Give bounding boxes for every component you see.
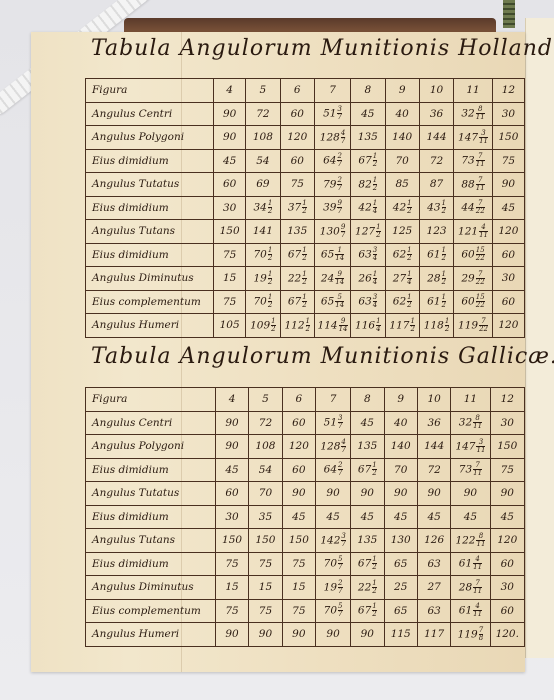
header-row: Figura456789101112 bbox=[86, 79, 525, 103]
fraction: 722 bbox=[476, 271, 485, 286]
cell-value: 90 bbox=[490, 482, 524, 506]
whole-part: 70 bbox=[324, 558, 337, 570]
fraction: 12 bbox=[372, 603, 376, 618]
cell-value: 90 bbox=[215, 623, 248, 647]
cell-value: 70 bbox=[385, 149, 419, 173]
cell-value: 7057 bbox=[316, 599, 351, 623]
column-header: 10 bbox=[419, 79, 453, 103]
cell-value: 14237 bbox=[316, 529, 351, 553]
adjacent-leaf bbox=[525, 18, 554, 658]
whole-part: 73 bbox=[459, 464, 472, 476]
whole-part: 19 bbox=[253, 272, 266, 284]
cell-value: 8212 bbox=[351, 173, 385, 197]
column-header: 5 bbox=[246, 79, 280, 103]
fraction: 711 bbox=[473, 580, 482, 595]
cell-value: 140 bbox=[384, 435, 417, 459]
cell-value: 6334 bbox=[351, 290, 385, 314]
cell-value: 120 bbox=[492, 314, 524, 338]
header-label: Figura bbox=[86, 388, 216, 412]
cell-value: 45 bbox=[492, 196, 524, 220]
column-header: 10 bbox=[417, 388, 450, 412]
cell-value: 150 bbox=[215, 529, 248, 553]
cell-value: 35 bbox=[249, 505, 282, 529]
column-header: 6 bbox=[282, 388, 315, 412]
cell-value: 61411 bbox=[451, 599, 490, 623]
cell-value: 12847 bbox=[316, 435, 351, 459]
whole-part: 73 bbox=[461, 155, 474, 167]
row-label: Angulus Diminutus bbox=[86, 267, 214, 291]
binding-thread bbox=[503, 0, 515, 28]
whole-part: 114 bbox=[318, 319, 338, 331]
cell-value: 30 bbox=[214, 196, 246, 220]
cell-value: 12712 bbox=[351, 220, 385, 244]
cell-value: 90 bbox=[215, 411, 248, 435]
cell-value: 45 bbox=[282, 505, 315, 529]
whole-part: 147 bbox=[458, 131, 478, 143]
cell-value: 90 bbox=[214, 102, 246, 126]
cell-value: 3712 bbox=[280, 196, 314, 220]
row-label: Eius dimidium bbox=[86, 196, 214, 220]
cell-value: 65 bbox=[384, 552, 417, 576]
row-label: Angulus Tutatus bbox=[86, 173, 214, 197]
cell-value: 3412 bbox=[246, 196, 280, 220]
column-header: 8 bbox=[351, 388, 384, 412]
column-header: 11 bbox=[451, 388, 490, 412]
whole-part: 64 bbox=[324, 464, 337, 476]
row-label: Eius dimidium bbox=[86, 505, 216, 529]
whole-part: 61 bbox=[427, 296, 440, 308]
cell-value: 90 bbox=[351, 482, 384, 506]
whole-part: 51 bbox=[323, 108, 336, 120]
column-header: 12 bbox=[490, 388, 524, 412]
cell-value: 75 bbox=[215, 599, 248, 623]
cell-value: 24914 bbox=[314, 267, 350, 291]
cell-value: 65 bbox=[384, 599, 417, 623]
cell-value: 7057 bbox=[316, 552, 351, 576]
cell-value: 4312 bbox=[419, 196, 453, 220]
table-row: Eius dimidium303412371239974214421243124… bbox=[86, 196, 525, 220]
cell-value: 4214 bbox=[351, 196, 385, 220]
fraction: 311 bbox=[476, 439, 485, 454]
row-label: Angulus Tutans bbox=[86, 529, 216, 553]
fraction: 12 bbox=[372, 556, 376, 571]
cell-value: 27 bbox=[417, 576, 450, 600]
fraction: 12 bbox=[376, 224, 380, 239]
cell-value: 147311 bbox=[451, 435, 490, 459]
whole-part: 70 bbox=[324, 605, 337, 617]
fraction: 78 bbox=[479, 627, 483, 642]
cell-value: 150 bbox=[490, 435, 524, 459]
table-row: Eius dimidium4554606427671270727371175 bbox=[86, 458, 525, 482]
row-label: Angulus Polygoni bbox=[86, 126, 214, 150]
whole-part: 67 bbox=[288, 249, 301, 261]
fraction: 722 bbox=[476, 200, 485, 215]
row-label: Angulus Tutans bbox=[86, 220, 214, 244]
cell-value: 60 bbox=[282, 458, 315, 482]
fraction: 97 bbox=[337, 200, 341, 215]
manuscript-page: Tabula Angulorum Munitionis Hollandiæ Fi… bbox=[31, 32, 525, 672]
whole-part: 42 bbox=[393, 202, 406, 214]
cell-value: 90 bbox=[282, 482, 315, 506]
cell-value: 65114 bbox=[314, 243, 350, 267]
cell-value: 130 bbox=[384, 529, 417, 553]
cell-value: 87 bbox=[419, 173, 453, 197]
row-label: Angulus Diminutus bbox=[86, 576, 216, 600]
fraction: 47 bbox=[341, 439, 345, 454]
whole-part: 42 bbox=[358, 202, 371, 214]
row-label: Angulus Polygoni bbox=[86, 435, 216, 459]
cell-value: 6712 bbox=[351, 552, 384, 576]
table-row: Angulus Diminutus15151519272212252728711… bbox=[86, 576, 525, 600]
cell-value: 6712 bbox=[351, 149, 385, 173]
cell-value: 69 bbox=[246, 173, 280, 197]
cell-value: 4212 bbox=[385, 196, 419, 220]
cell-value: 1927 bbox=[316, 576, 351, 600]
cell-value: 105 bbox=[214, 314, 246, 338]
row-label: Angulus Humeri bbox=[86, 623, 216, 647]
cell-value: 120 bbox=[282, 435, 315, 459]
cell-value: 40 bbox=[384, 411, 417, 435]
cell-value: 30 bbox=[490, 576, 524, 600]
whole-part: 22 bbox=[288, 272, 301, 284]
row-label: Eius complementum bbox=[86, 290, 214, 314]
cell-value: 88711 bbox=[454, 173, 493, 197]
whole-part: 64 bbox=[323, 155, 336, 167]
cell-value: 117 bbox=[417, 623, 450, 647]
cell-value: 45 bbox=[214, 149, 246, 173]
fraction: 711 bbox=[476, 177, 485, 192]
cell-value: 5137 bbox=[314, 102, 350, 126]
whole-part: 22 bbox=[358, 581, 371, 593]
whole-part: 118 bbox=[424, 319, 444, 331]
cell-value: 6712 bbox=[351, 599, 384, 623]
whole-part: 142 bbox=[320, 534, 340, 546]
cell-value: 120 bbox=[490, 529, 524, 553]
cell-value: 45 bbox=[351, 102, 385, 126]
cell-value: 73711 bbox=[454, 149, 493, 173]
whole-part: 32 bbox=[459, 417, 472, 429]
cell-value: 123 bbox=[419, 220, 453, 244]
cell-value: 29722 bbox=[454, 267, 493, 291]
table-row: Angulus Diminutus15191222122491426142714… bbox=[86, 267, 525, 291]
whole-part: 67 bbox=[358, 605, 371, 617]
cell-value: 75 bbox=[249, 599, 282, 623]
whole-part: 37 bbox=[288, 202, 301, 214]
cell-value: 135 bbox=[351, 435, 384, 459]
cell-value: 90 bbox=[282, 623, 315, 647]
column-header: 12 bbox=[492, 79, 524, 103]
cell-value: 7012 bbox=[246, 243, 280, 267]
whole-part: 39 bbox=[323, 202, 336, 214]
whole-part: 119 bbox=[458, 628, 478, 640]
table-row: Angulus Tutatus607090909090909090 bbox=[86, 482, 525, 506]
fraction: 411 bbox=[479, 224, 488, 239]
whole-part: 112 bbox=[285, 319, 305, 331]
fraction: 311 bbox=[479, 130, 488, 145]
cell-value: 90 bbox=[249, 623, 282, 647]
cell-value: 120 bbox=[492, 220, 524, 244]
fraction: 811 bbox=[476, 106, 485, 121]
cell-value: 11978 bbox=[451, 623, 490, 647]
cell-value: 122811 bbox=[451, 529, 490, 553]
whole-part: 61 bbox=[459, 605, 472, 617]
table-row: Eius dimidium757012671265114633462126112… bbox=[86, 243, 525, 267]
row-label: Angulus Centri bbox=[86, 411, 216, 435]
cell-value: 11212 bbox=[280, 314, 314, 338]
fraction: 12 bbox=[445, 318, 449, 333]
whole-part: 61 bbox=[427, 249, 440, 261]
column-header: 5 bbox=[249, 388, 282, 412]
whole-part: 67 bbox=[288, 296, 301, 308]
cell-value: 144 bbox=[417, 435, 450, 459]
table-row: Angulus Centri90726051374540363281130 bbox=[86, 411, 525, 435]
fraction: 12 bbox=[442, 294, 446, 309]
whole-part: 70 bbox=[253, 296, 266, 308]
cell-value: 60 bbox=[490, 599, 524, 623]
column-header: 9 bbox=[385, 79, 419, 103]
row-label: Angulus Tutatus bbox=[86, 482, 216, 506]
cell-value: 150 bbox=[492, 126, 524, 150]
table-row: Angulus Polygoni901081201284713514014414… bbox=[86, 435, 525, 459]
whole-part: 67 bbox=[358, 464, 371, 476]
fraction: 57 bbox=[338, 603, 342, 618]
table-row: Angulus Tutatus6069757927821285878871190 bbox=[86, 173, 525, 197]
cell-value: 135 bbox=[351, 529, 384, 553]
fraction: 12 bbox=[442, 247, 446, 262]
row-label: Eius dimidium bbox=[86, 552, 216, 576]
fraction: 12 bbox=[302, 294, 306, 309]
cell-value: 2212 bbox=[351, 576, 384, 600]
fraction: 12 bbox=[407, 247, 411, 262]
cell-value: 30 bbox=[215, 505, 248, 529]
fraction: 12 bbox=[268, 200, 272, 215]
cell-value: 6712 bbox=[280, 243, 314, 267]
whole-part: 130 bbox=[320, 225, 340, 237]
fraction: 12 bbox=[372, 580, 376, 595]
cell-value: 6112 bbox=[419, 243, 453, 267]
whole-part: 63 bbox=[358, 249, 371, 261]
column-header: 7 bbox=[314, 79, 350, 103]
cell-value: 120. bbox=[490, 623, 524, 647]
fraction: 47 bbox=[341, 130, 345, 145]
fraction: 711 bbox=[476, 153, 485, 168]
fraction: 12 bbox=[268, 271, 272, 286]
cell-value: 5137 bbox=[316, 411, 351, 435]
fraction: 1522 bbox=[476, 247, 485, 262]
column-header: 7 bbox=[316, 388, 351, 412]
whole-part: 63 bbox=[358, 296, 371, 308]
table-row: Angulus Humeri10510912112121149141161411… bbox=[86, 314, 525, 338]
cell-value: 60 bbox=[280, 102, 314, 126]
cell-value: 90 bbox=[214, 126, 246, 150]
cell-value: 90 bbox=[215, 435, 248, 459]
fraction: 722 bbox=[479, 318, 488, 333]
fraction: 27 bbox=[337, 177, 341, 192]
cell-value: 90 bbox=[316, 482, 351, 506]
fraction: 12 bbox=[268, 247, 272, 262]
fraction: 12 bbox=[410, 318, 414, 333]
whole-part: 32 bbox=[461, 108, 474, 120]
cell-value: 90 bbox=[351, 623, 384, 647]
table-row: Eius complementum75701267126551463346212… bbox=[86, 290, 525, 314]
cell-value: 60 bbox=[492, 243, 524, 267]
cell-value: 7927 bbox=[314, 173, 350, 197]
table-row: Angulus Polygoni901081201284713514014414… bbox=[86, 126, 525, 150]
table-title-gallicae: Tabula Angulorum Munitionis Gallicæ. bbox=[91, 344, 554, 369]
cell-value: 6427 bbox=[314, 149, 350, 173]
cell-value: 28711 bbox=[451, 576, 490, 600]
whole-part: 147 bbox=[455, 440, 475, 452]
fraction: 12 bbox=[302, 271, 306, 286]
whole-part: 43 bbox=[427, 202, 440, 214]
cell-value: 45 bbox=[215, 458, 248, 482]
fraction: 711 bbox=[473, 462, 482, 477]
whole-part: 82 bbox=[358, 178, 371, 190]
whole-part: 67 bbox=[358, 155, 371, 167]
cell-value: 75 bbox=[214, 290, 246, 314]
fraction: 12 bbox=[302, 247, 306, 262]
cell-value: 63 bbox=[417, 552, 450, 576]
row-label: Angulus Humeri bbox=[86, 314, 214, 338]
cell-value: 63 bbox=[417, 599, 450, 623]
cell-value: 75 bbox=[214, 243, 246, 267]
fraction: 12 bbox=[306, 318, 310, 333]
cell-value: 32811 bbox=[451, 411, 490, 435]
angle-table-gallicae: Figura456789101112Angulus Centri90726051… bbox=[85, 387, 525, 647]
cell-value: 30 bbox=[492, 102, 524, 126]
cell-value: 75 bbox=[282, 599, 315, 623]
cell-value: 15 bbox=[215, 576, 248, 600]
whole-part: 19 bbox=[324, 581, 337, 593]
cell-value: 135 bbox=[280, 220, 314, 244]
cell-value: 150 bbox=[282, 529, 315, 553]
cell-value: 1912 bbox=[246, 267, 280, 291]
cell-value: 6712 bbox=[280, 290, 314, 314]
cell-value: 601522 bbox=[454, 290, 493, 314]
cell-value: 6112 bbox=[419, 290, 453, 314]
cell-value: 25 bbox=[384, 576, 417, 600]
fraction: 12 bbox=[442, 200, 446, 215]
cell-value: 135 bbox=[351, 126, 385, 150]
cell-value: 72 bbox=[246, 102, 280, 126]
whole-part: 29 bbox=[461, 272, 474, 284]
fraction: 914 bbox=[335, 271, 344, 286]
whole-part: 116 bbox=[355, 319, 375, 331]
fraction: 12 bbox=[268, 294, 272, 309]
cell-value: 72 bbox=[249, 411, 282, 435]
fraction: 12 bbox=[442, 271, 446, 286]
row-label: Eius dimidium bbox=[86, 458, 216, 482]
cell-value: 30 bbox=[492, 267, 524, 291]
angle-table-hollandiae: Figura456789101112Angulus Centri90726051… bbox=[85, 78, 525, 338]
cell-value: 90 bbox=[384, 482, 417, 506]
fraction: 12 bbox=[372, 462, 376, 477]
fraction: 811 bbox=[476, 533, 485, 548]
column-header: 8 bbox=[351, 79, 385, 103]
whole-part: 65 bbox=[321, 296, 334, 308]
cell-value: 36 bbox=[419, 102, 453, 126]
cell-value: 45 bbox=[351, 411, 384, 435]
whole-part: 60 bbox=[461, 296, 474, 308]
whole-part: 24 bbox=[321, 272, 334, 284]
cell-value: 2714 bbox=[385, 267, 419, 291]
whole-part: 70 bbox=[253, 249, 266, 261]
fraction: 12 bbox=[407, 200, 411, 215]
cell-value: 140 bbox=[385, 126, 419, 150]
fraction: 34 bbox=[373, 294, 377, 309]
table-title-hollandiae: Tabula Angulorum Munitionis Hollandiæ bbox=[91, 36, 554, 61]
fraction: 27 bbox=[337, 153, 341, 168]
cell-value: 90 bbox=[451, 482, 490, 506]
cell-value: 13097 bbox=[314, 220, 350, 244]
table-row: Eius dimidium4554606427671270727371175 bbox=[86, 149, 525, 173]
cell-value: 11614 bbox=[351, 314, 385, 338]
whole-part: 60 bbox=[461, 249, 474, 261]
cell-value: 125 bbox=[385, 220, 419, 244]
cell-value: 73711 bbox=[451, 458, 490, 482]
table-row: Angulus Humeri909090909011511711978120. bbox=[86, 623, 525, 647]
whole-part: 28 bbox=[459, 581, 472, 593]
whole-part: 117 bbox=[389, 319, 409, 331]
column-header: 9 bbox=[384, 388, 417, 412]
cell-value: 120 bbox=[280, 126, 314, 150]
cell-value: 15 bbox=[249, 576, 282, 600]
fraction: 411 bbox=[473, 556, 482, 571]
cell-value: 70 bbox=[249, 482, 282, 506]
cell-value: 75 bbox=[492, 149, 524, 173]
fraction: 12 bbox=[373, 153, 377, 168]
cell-value: 75 bbox=[490, 458, 524, 482]
cell-value: 75 bbox=[249, 552, 282, 576]
cell-value: 11812 bbox=[419, 314, 453, 338]
whole-part: 67 bbox=[358, 558, 371, 570]
fraction: 114 bbox=[335, 247, 344, 262]
cell-value: 70 bbox=[384, 458, 417, 482]
cell-value: 108 bbox=[249, 435, 282, 459]
cell-value: 108 bbox=[246, 126, 280, 150]
cell-value: 6712 bbox=[351, 458, 384, 482]
table-row: Eius dimidium7575757057671265636141160 bbox=[86, 552, 525, 576]
cell-value: 6212 bbox=[385, 290, 419, 314]
whole-part: 65 bbox=[321, 249, 334, 261]
table-row: Eius dimidium303545454545454545 bbox=[86, 505, 525, 529]
fraction: 14 bbox=[373, 271, 377, 286]
cell-value: 32811 bbox=[454, 102, 493, 126]
column-header: 6 bbox=[280, 79, 314, 103]
cell-value: 45 bbox=[384, 505, 417, 529]
fraction: 1522 bbox=[476, 294, 485, 309]
fraction: 12 bbox=[407, 294, 411, 309]
cell-value: 11712 bbox=[385, 314, 419, 338]
column-header: 11 bbox=[454, 79, 493, 103]
cell-value: 15 bbox=[214, 267, 246, 291]
fraction: 411 bbox=[473, 603, 482, 618]
cell-value: 141 bbox=[246, 220, 280, 244]
cell-value: 36 bbox=[417, 411, 450, 435]
table-row: Angulus Centri90726051374540363281130 bbox=[86, 102, 525, 126]
row-label: Eius dimidium bbox=[86, 149, 214, 173]
whole-part: 62 bbox=[393, 249, 406, 261]
cell-value: 114914 bbox=[314, 314, 350, 338]
cell-value: 44722 bbox=[454, 196, 493, 220]
cell-value: 40 bbox=[385, 102, 419, 126]
whole-part: 79 bbox=[323, 178, 336, 190]
whole-part: 51 bbox=[324, 417, 337, 429]
cell-value: 45 bbox=[417, 505, 450, 529]
cell-value: 60 bbox=[215, 482, 248, 506]
cell-value: 6212 bbox=[385, 243, 419, 267]
cell-value: 54 bbox=[246, 149, 280, 173]
